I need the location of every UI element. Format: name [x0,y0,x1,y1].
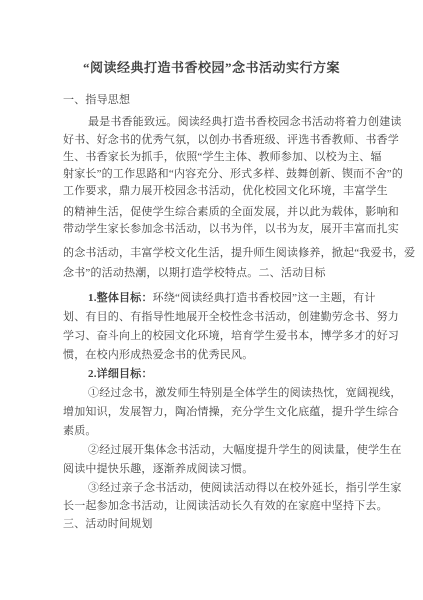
text-line: 长一起参加念书活动，让阅读活动长久有效的在家庭中坚持下去。 [63,499,388,513]
text-line: 1.整体目标：环绕“阅读经典打造书香校园”这一主题，有计 [88,291,376,305]
text-line: ②经过展开集体念书活动，大幅度提升学生的阅读量，使学生在 [88,443,402,457]
text-line: 增加知识，发展智力，陶冶情操，充分学生文化底蕴，提升学生综合 [63,405,399,419]
goal-label-overall: 1.整体目标： [88,292,153,304]
section-heading-1: 一、指导思想 [63,93,130,107]
text-line: 带动学生家长参加念书活动，以书为伴，以书为友，展开丰富而扎实 [63,222,399,236]
text-line: 工作要求，鼎力展开校园念书活动，优化校园文化环境，丰富学生 [63,184,388,198]
text-line: 素质。 [63,424,97,438]
document-title: “阅读经典打造书香校园”念书活动实行方案 [0,57,423,76]
text-line: ①经过念书，激发师生特别是全体学生的阅读热忱，宽阔视线， [88,386,402,400]
text-line: 生、书香家长为抓手，依照“学生主体、教师参加、以校为主、辐 [63,150,382,164]
text-line: 阅读中提快乐趣，逐渐养成阅读习惯。 [63,462,253,476]
goal-label-detailed: 2.详细目标： [88,368,153,380]
text-line: 学习、奋斗向上的校园文化环境，培育学生爱书本，博学多才的好习 [63,329,399,343]
text-line: ③经过亲子念书活动，使阅读活动得以在校外延长，指引学生家 [88,481,402,495]
text-line: 好书、好念书的优秀气氛，以创办书香班级、评选书香教师、书香学 [63,133,399,147]
section-heading-3: 三、活动时间规划 [63,517,153,531]
text-line: 划、有目的、有指导性地展开全校性念书活动，创建勤劳念书、努力 [63,310,399,324]
text-line: 惯，在校内形成热爱念书的优秀民风。 [63,348,253,362]
text-line: 射家长”的工作思路和“内容充分、形式多样、鼓舞创新、锲而不舍”的 [63,167,403,181]
text-line: 2.详细目标： [88,367,153,381]
text-line: 最是书香能致远。阅读经典打造书香校园念书活动将着力创建读 [88,115,402,129]
text-line: 的精神生活，促使学生综合素质的全面发展，并以此为载体，影响和 [63,205,399,219]
document-page: “阅读经典打造书香校园”念书活动实行方案 一、指导思想 最是书香能致远。阅读经典… [0,0,423,600]
text-line: 的念书活动，丰富学校文化生活，提升师生阅读修养，掀起“我爱书，爱 [63,246,415,260]
text-line: 念书”的活动热潮，以期打造学校特点。二、活动目标 [63,266,326,280]
